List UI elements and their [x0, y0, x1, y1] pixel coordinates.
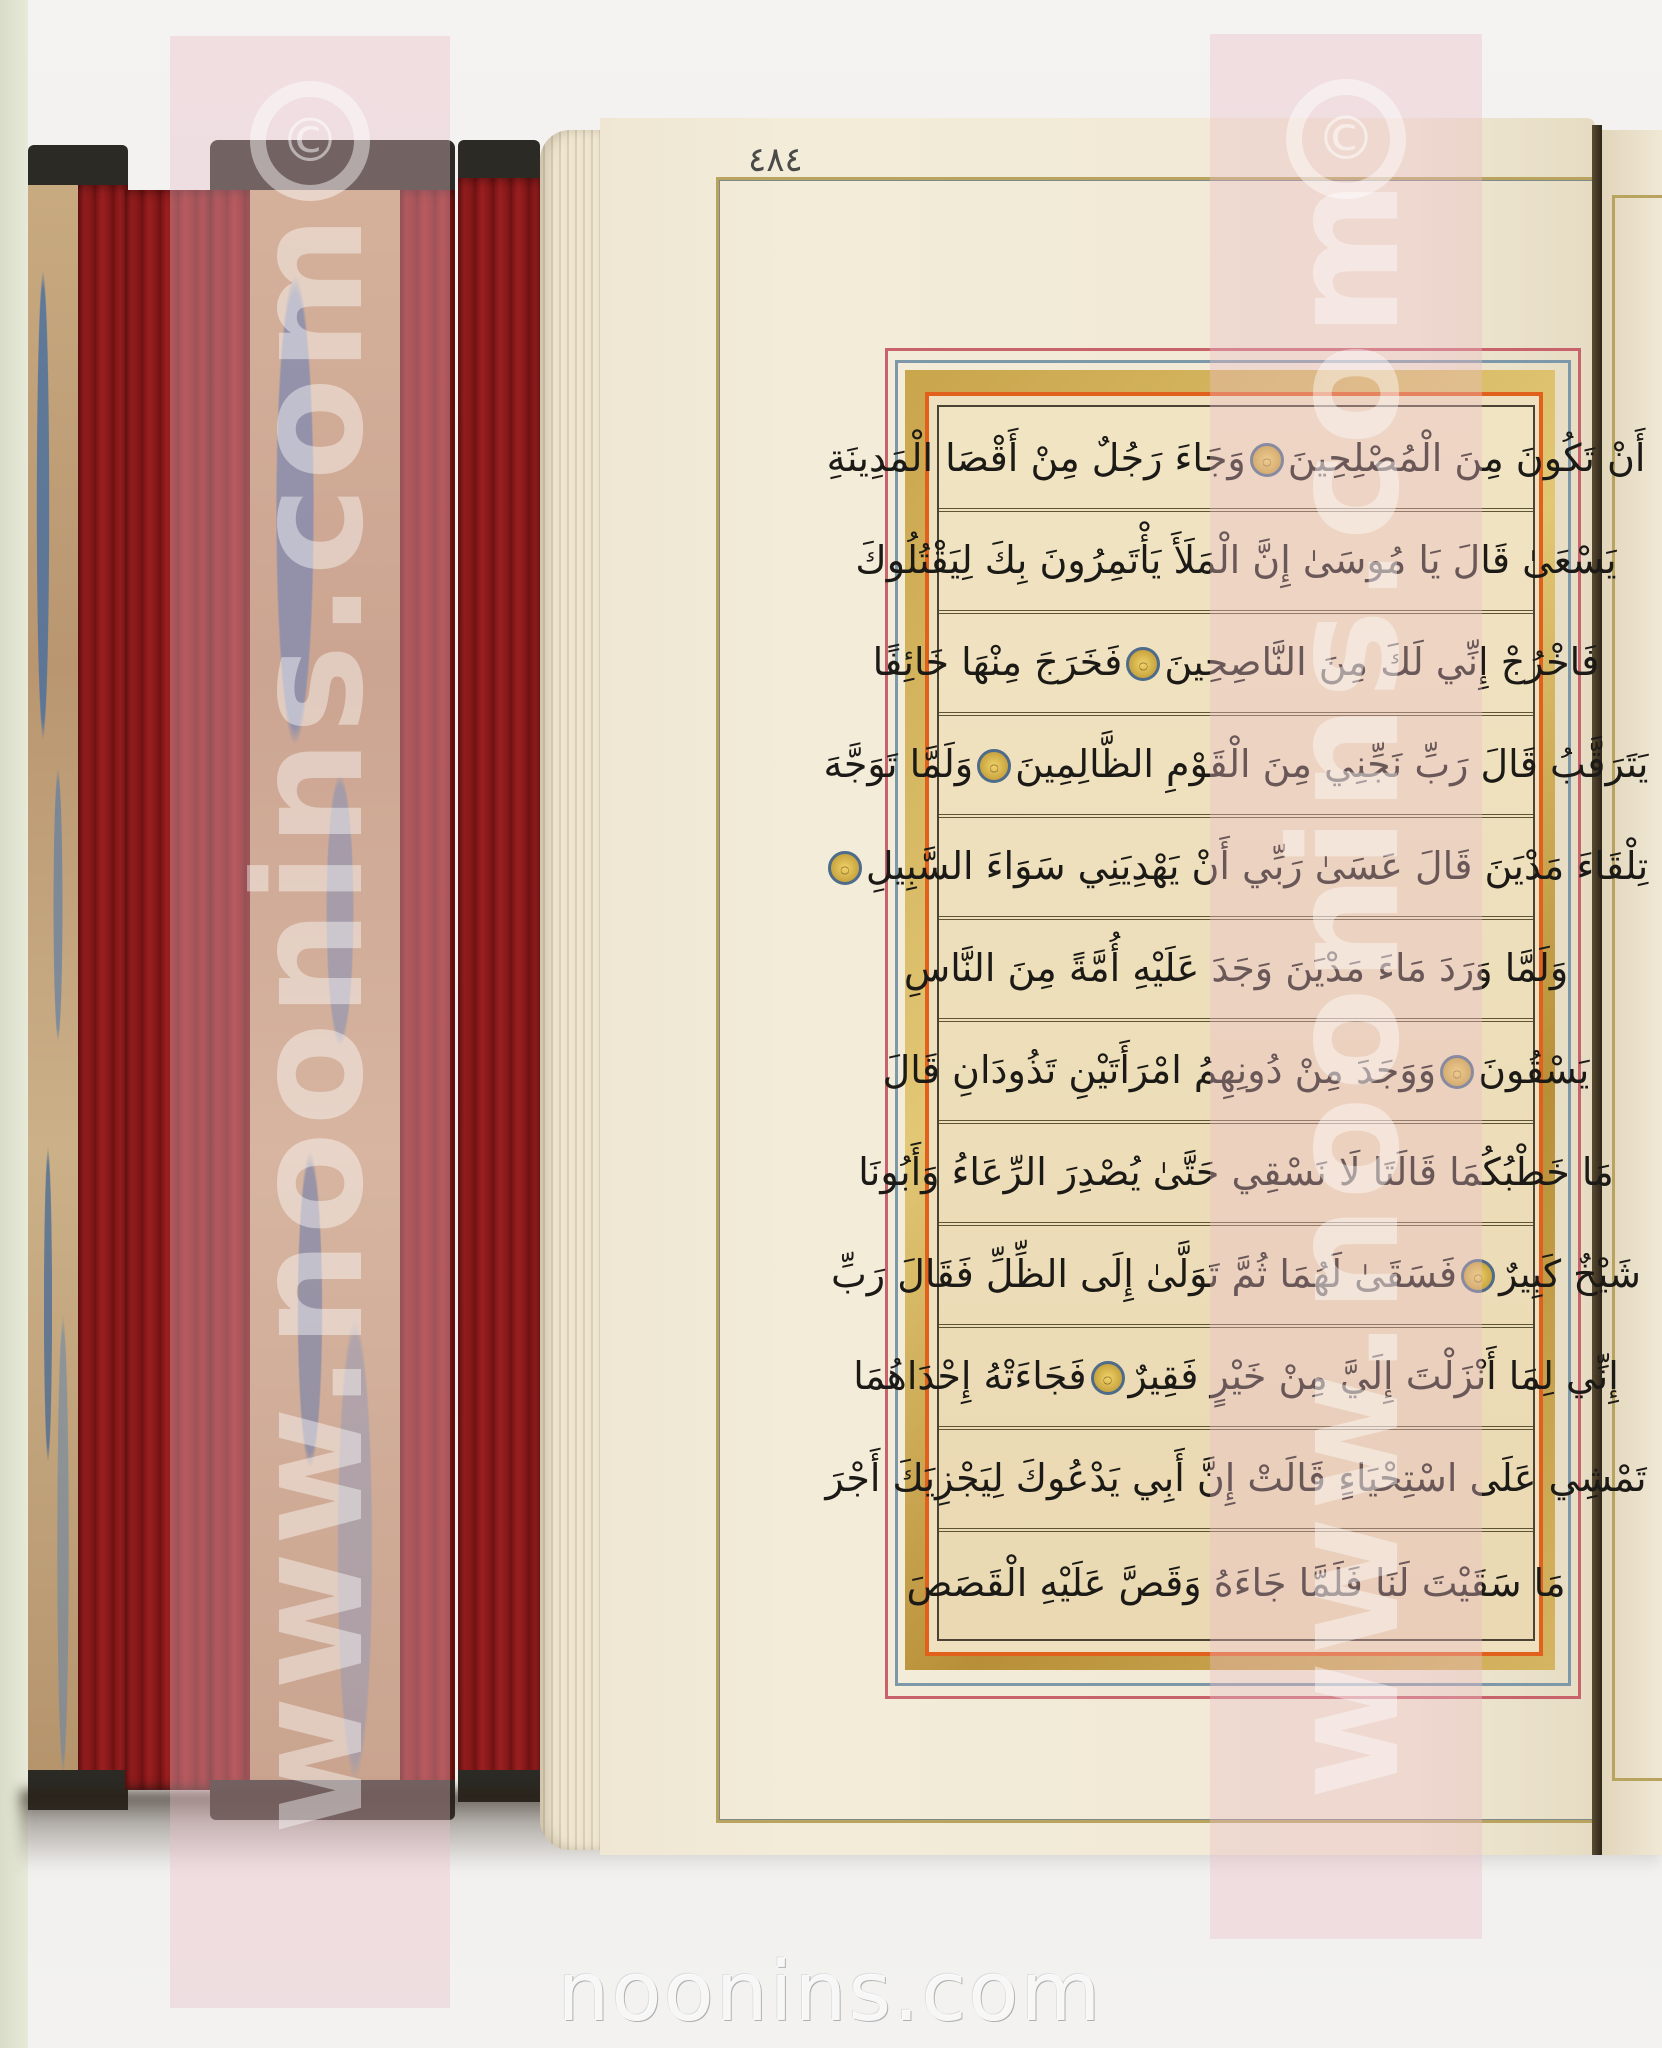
line-text: فَجَاءَتْهُ إِحْدَاهُمَا: [853, 1354, 1086, 1398]
line-text: وَجَاءَ رَجُلٌ مِنْ أَقْصَا الْمَدِينَةِ: [827, 436, 1246, 480]
copyright-icon: ©: [250, 81, 370, 201]
line-text: شَيْخٌ كَبِيرٌ: [1499, 1252, 1641, 1296]
watermark-bottom-text: noonins.com: [530, 1945, 1130, 2040]
left-edge-strip: [0, 0, 28, 2048]
spine-3-leather: [458, 178, 540, 1798]
line-text: وَلَمَّا تَوَجَّهَ: [824, 742, 974, 786]
watermark-column-right: © www.noonins.com: [1210, 34, 1482, 1939]
spine-1-marbled-paper: [28, 185, 78, 1785]
page-number: ٤٨٤: [748, 140, 803, 180]
verse-marker-icon: ۝: [828, 851, 862, 885]
line-text: يَسْقُونَ: [1478, 1048, 1589, 1092]
verse-marker-icon: ۝: [977, 749, 1011, 783]
verse-marker-icon: ۝: [1126, 647, 1160, 681]
watermark-vertical-text: www.noonins.com: [1259, 174, 1433, 1800]
watermark-vertical-text: www.noonins.com: [223, 209, 397, 1835]
spine-3-headcap: [458, 140, 540, 180]
spine-1-headcap: [28, 145, 128, 185]
verse-marker-icon: ۝: [1091, 1361, 1125, 1395]
watermark-column-left: © www.noonins.com: [170, 36, 450, 2008]
line-text: فَخَرَجَ مِنْهَا خَائِفًا: [873, 640, 1123, 684]
spine-1-leather: [78, 185, 128, 1785]
facing-page-frame: [1612, 195, 1662, 1781]
page-gutter: [1592, 125, 1602, 1855]
